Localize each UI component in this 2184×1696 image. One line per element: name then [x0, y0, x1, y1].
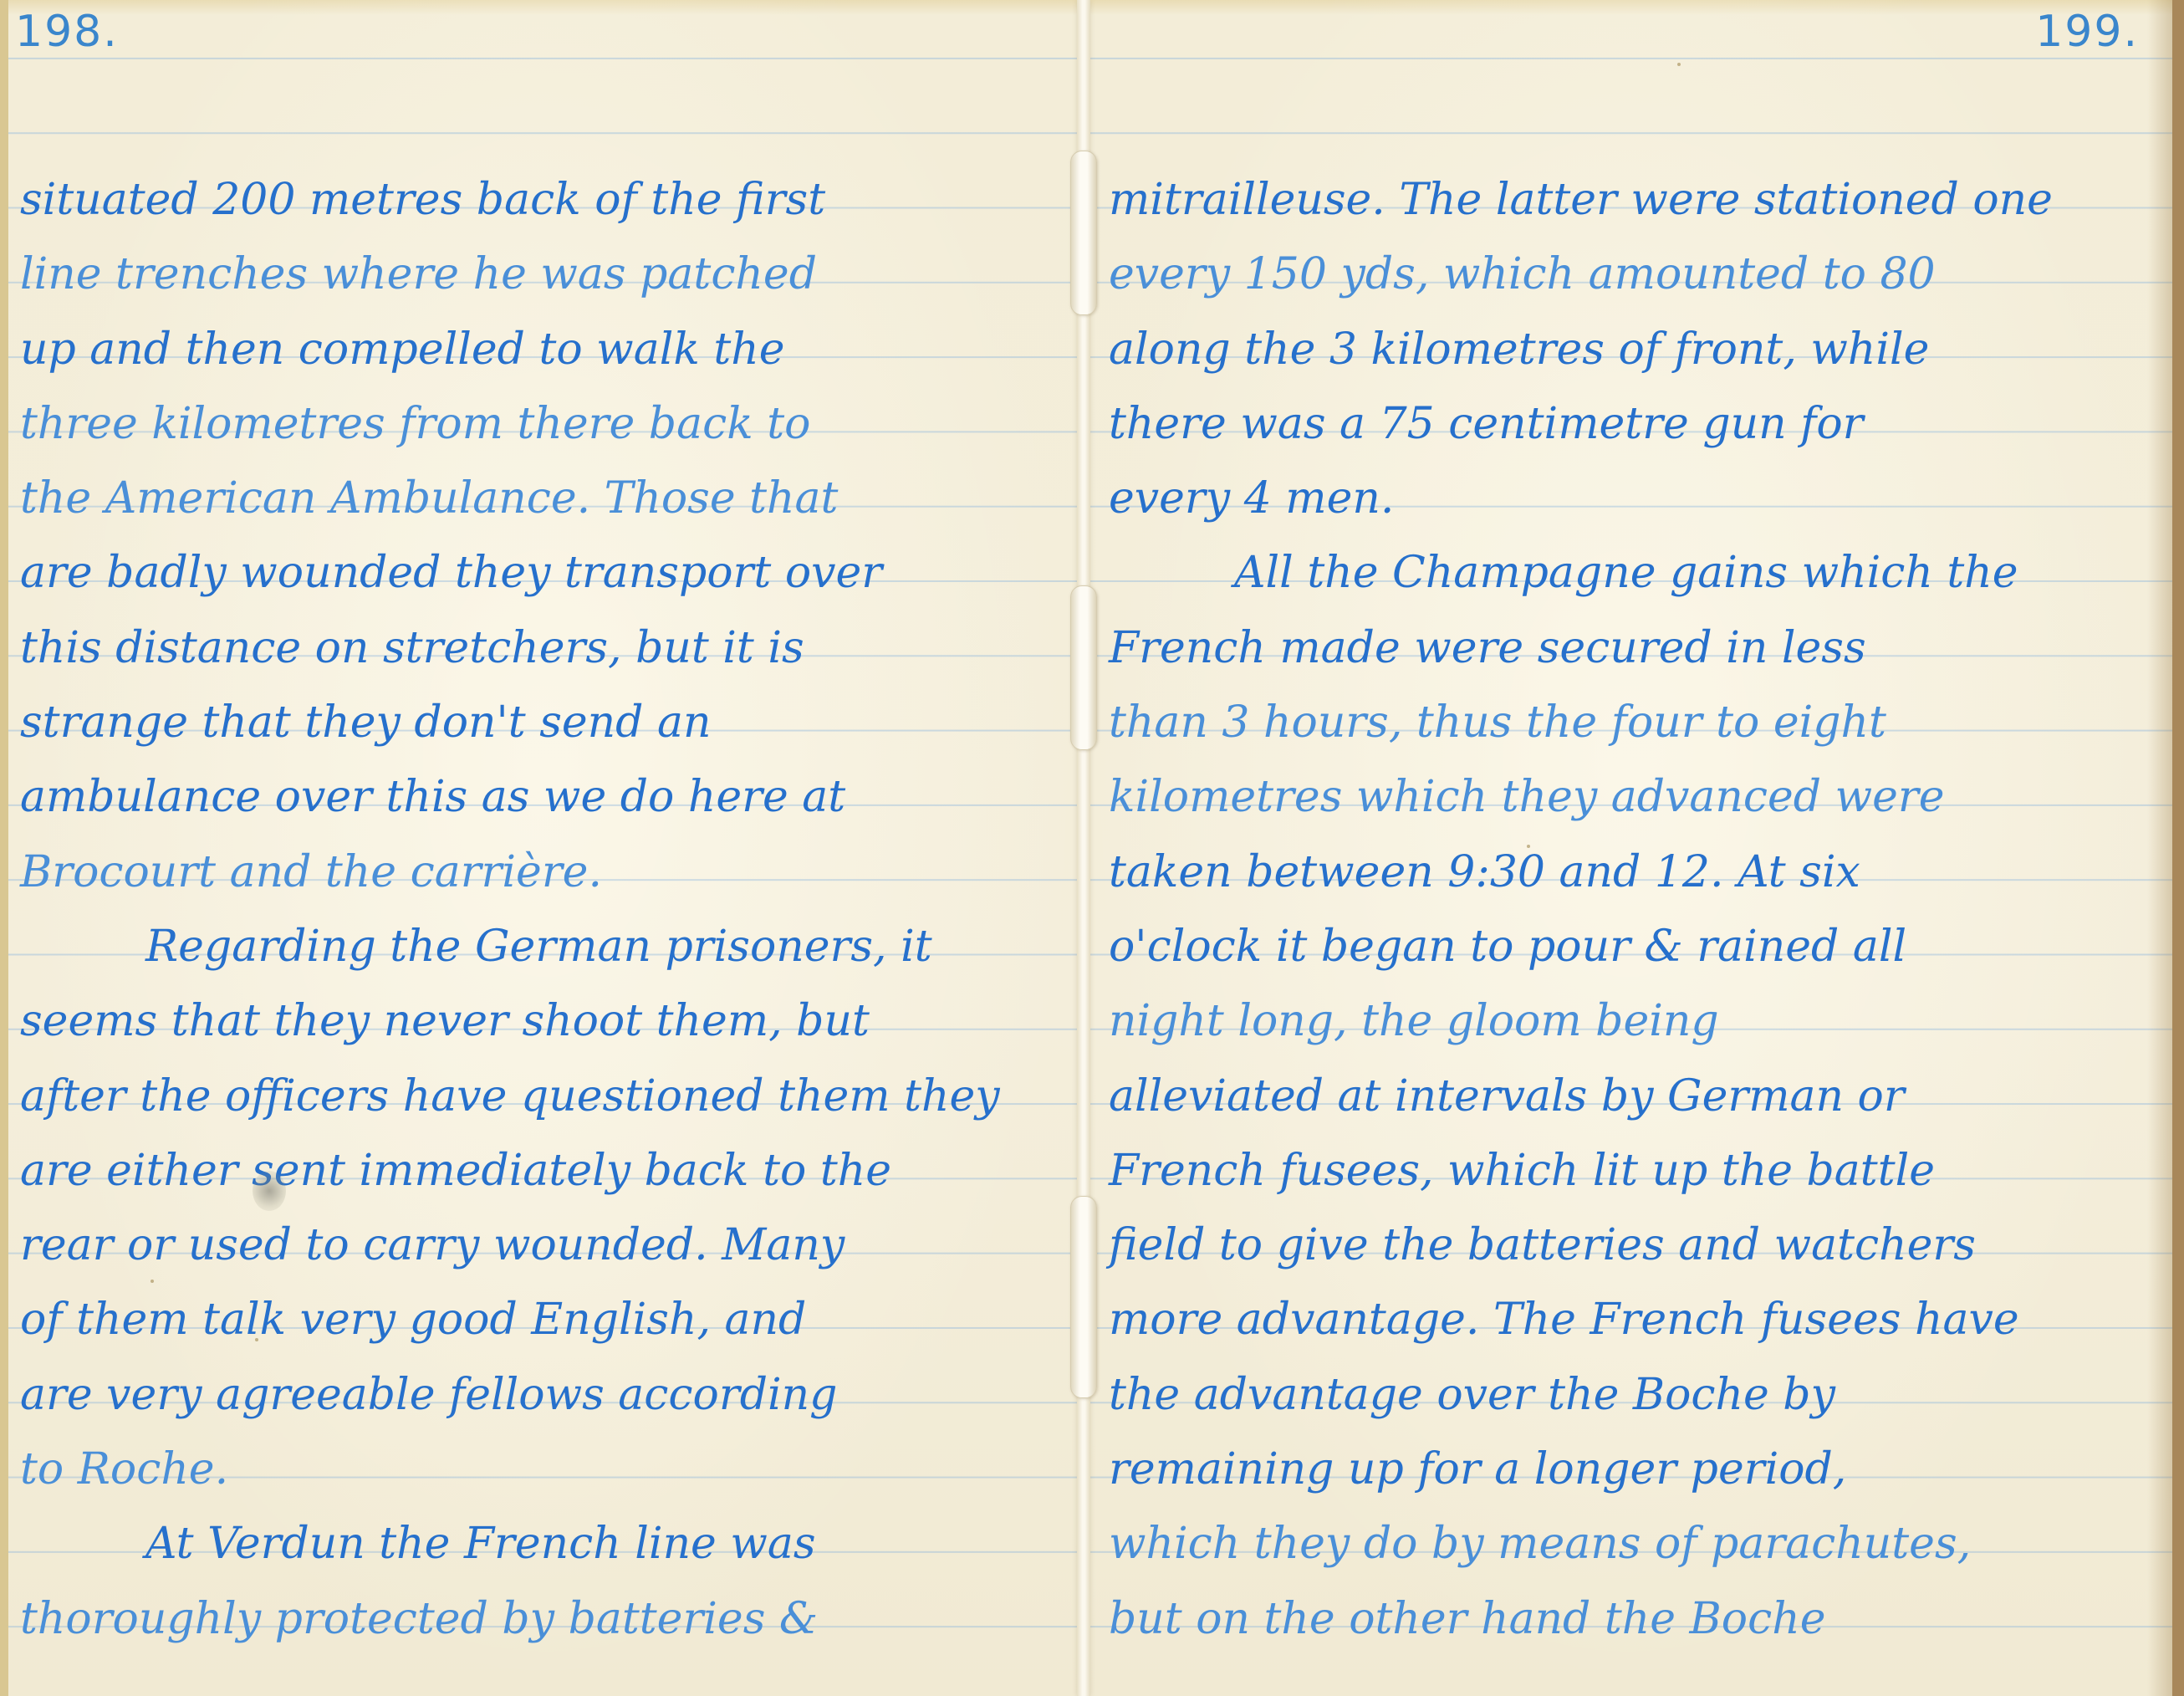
text-line: the American Ambulance. Those that [20, 462, 1082, 536]
page-number: 199. [2035, 7, 2139, 57]
text-line: thoroughly protected by batteries & [20, 1582, 1082, 1657]
text-line: three kilometres from there back to [20, 387, 1082, 462]
text-line: the advantage over the Boche by [1109, 1358, 2146, 1433]
paper-spot [1527, 845, 1530, 848]
text-line: are very agreeable fellows according [20, 1358, 1082, 1433]
text-line: night long, the gloom being [1109, 984, 2146, 1059]
paragraph-start-line: All the Champagne gains which the [1109, 536, 2146, 610]
text-line: ambulance over this as we do here at [20, 760, 1082, 835]
notebook-spread: 198. situated 200 metres back of the fir… [0, 0, 2184, 1696]
text-line: mitrailleuse. The latter were stationed … [1109, 163, 2146, 238]
text-line: remaining up for a longer period, [1109, 1433, 2146, 1507]
text-line: of them talk very good English, and [20, 1283, 1082, 1357]
text-line: kilometres which they advanced were [1109, 760, 2146, 835]
right-page: 199. mitrailleuse. The latter were stati… [1084, 0, 2184, 1696]
paper-spot [1677, 63, 1681, 66]
text-line: French fusees, which lit up the battle [1109, 1134, 2146, 1208]
paragraph-start-line: Regarding the German prisoners, it [20, 910, 1082, 984]
text-line: more advantage. The French fusees have [1109, 1283, 2146, 1357]
text-line: alleviated at intervals by German or [1109, 1060, 2146, 1134]
text-line: line trenches where he was patched [20, 238, 1082, 312]
text-line: situated 200 metres back of the first [20, 163, 1082, 238]
binding-stitch [1070, 151, 1097, 315]
text-line: but on the other hand the Boche [1109, 1582, 2146, 1657]
text-line: Brocourt and the carrière. [20, 835, 1082, 910]
text-line: which they do by means of parachutes, [1109, 1507, 2146, 1581]
binding-stitch [1070, 585, 1097, 750]
paper-spot [255, 1338, 258, 1341]
text-line: strange that they don't send an [20, 686, 1082, 760]
text-line: o'clock it began to pour & rained all [1109, 910, 2146, 984]
text-line: every 150 yds, which amounted to 80 [1109, 238, 2146, 312]
left-page: 198. situated 200 metres back of the fir… [0, 0, 1084, 1696]
text-line: are badly wounded they transport over [20, 536, 1082, 610]
handwritten-text: situated 200 metres back of the first li… [20, 163, 1082, 1657]
text-line: after the officers have questioned them … [20, 1060, 1082, 1134]
text-line: up and then compelled to walk the [20, 313, 1082, 387]
text-line: taken between 9:30 and 12. At six [1109, 835, 2146, 910]
text-line: along the 3 kilometres of front, while [1109, 313, 2146, 387]
text-line: every 4 men. [1109, 462, 2146, 536]
handwritten-text: mitrailleuse. The latter were stationed … [1109, 163, 2146, 1657]
paragraph-start-line: At Verdun the French line was [20, 1507, 1082, 1581]
text-line: there was a 75 centimetre gun for [1109, 387, 2146, 462]
text-line: to Roche. [20, 1433, 1082, 1507]
text-line: French made were secured in less [1109, 611, 2146, 686]
text-line: rear or used to carry wounded. Many [20, 1208, 1082, 1283]
paper-spot [151, 1280, 154, 1283]
binding-stitch [1070, 1196, 1097, 1398]
page-number: 198. [15, 7, 119, 57]
text-line: this distance on stretchers, but it is [20, 611, 1082, 686]
text-line: than 3 hours, thus the four to eight [1109, 686, 2146, 760]
text-line: field to give the batteries and watchers [1109, 1208, 2146, 1283]
text-line: seems that they never shoot them, but [20, 984, 1082, 1059]
ink-smudge [253, 1171, 286, 1211]
text-line: are either sent immediately back to the [20, 1134, 1082, 1208]
